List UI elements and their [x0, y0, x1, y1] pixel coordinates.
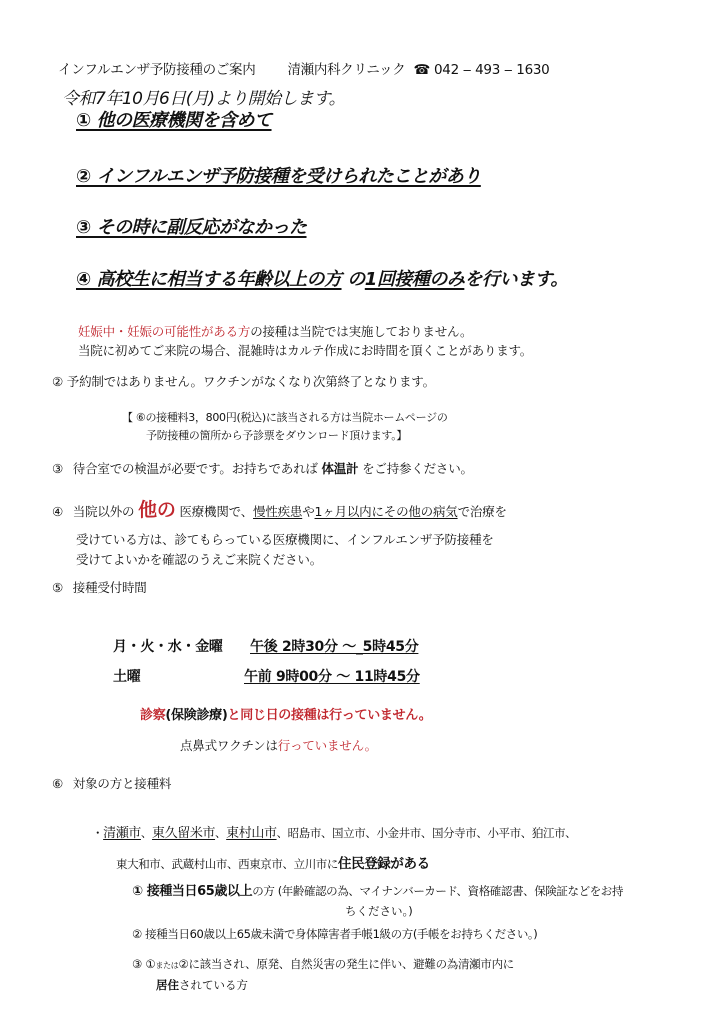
other-emphasis: 他の: [138, 499, 176, 521]
eligibility-3: ③ ①または②に該当され、原発、自然災害の発生に伴い、避難の為清瀬市内に: [132, 956, 514, 972]
eligibility-1-rest: の方 (年齢確認の為、マイナンバーカード、資格確認書、保険証などをお持: [252, 884, 623, 898]
item-6-number: ⑥: [52, 776, 63, 791]
document-header: インフルエンザ予防接種のご案内 清瀬内科クリニック ☎ 042 ‒ 493 ‒ …: [58, 58, 549, 78]
nasal-black: 点鼻式ワクチンは: [180, 738, 278, 753]
phone-icon: ☎: [413, 62, 430, 78]
nasal-red: 行っていません。: [278, 738, 377, 753]
weekday-days: 月・火・水・金曜: [113, 636, 223, 656]
document-title: インフルエンザ予防接種のご案内: [58, 62, 255, 78]
separator: 、: [141, 826, 152, 840]
phone-number: 042 ‒ 493 ‒ 1630: [434, 62, 549, 78]
item-2-reservation: ② 予約制ではありません。ワクチンがなくなり次第終了となります。: [52, 372, 435, 390]
city-higashikurume: 東久留米市: [152, 826, 215, 841]
other-cities: 、昭島市、国立市、小金井市、国分寺市、小平市、狛江市、: [277, 826, 577, 840]
condition-3: ③ その時に副反応がなかった: [76, 213, 307, 239]
resident-registration: 住民登録がある: [338, 856, 430, 872]
separator: 、: [215, 826, 226, 840]
eligible-cities-line2: 東大和市、武蔵村山市、西東京市、立川市に住民登録がある: [116, 852, 430, 872]
condition-4-end: を行います。: [464, 269, 568, 290]
eligibility-2: ② 接種当日60歳以上65歳未満で身体障害者手帳1級の方(手帳をお持ちください。…: [132, 926, 537, 942]
first-visit-notice: 当院に初めてご来院の場合、混雑時はカルテ作成にお時間を頂くことがあります。: [78, 341, 532, 359]
item-6-heading: ⑥ 対象の方と接種料: [52, 774, 171, 792]
item-3-text-after: をご持参ください。: [358, 461, 472, 476]
other-illness: 1ヶ月以内にその他の病気: [315, 504, 458, 519]
condition-4-no: の: [342, 269, 365, 290]
item-3-number: ③: [52, 461, 63, 476]
thermometer-bold: 体温計: [321, 461, 358, 476]
item-4-number: ④: [52, 504, 63, 519]
item-3-thermometer: ③ 待合室での検温が必要です。お持ちであれば 体温計 をご持参ください。: [52, 459, 473, 477]
eligible-cities-line1: ・清瀬市、東久留米市、東村山市、昭島市、国立市、小金井市、国分寺市、小平市、狛江…: [92, 822, 576, 841]
eligibility-3-line2: 居住されている方: [156, 977, 248, 993]
pregnancy-notice: 妊娠中・妊娠の可能性がある方の接種は当院では実施しておりません。: [78, 322, 472, 340]
warning-black: (保険診療): [165, 708, 227, 723]
item-2-bracket-line1: 【 ⑥の接種料3，800円(税込)に該当される方は当院ホームページの: [122, 409, 448, 425]
item-5-heading: ⑤ 接種受付時間: [52, 578, 147, 596]
pregnancy-red-text: 妊娠中・妊娠の可能性がある方: [78, 324, 250, 339]
item-5-number: ⑤: [52, 580, 63, 595]
condition-1: ① 他の医療機関を含めて: [76, 106, 272, 132]
item-4-other-clinic: ④ 当院以外の 他の 医療機関で、慢性疾患や1ヶ月以内にその他の病気で治療を: [52, 495, 507, 522]
condition-4-label: ④ 高校生に相当する年齢以上の方: [76, 269, 342, 290]
item-5-title: 接種受付時間: [73, 580, 147, 595]
item-4-line2: 受けている方は、診てもらっている医療機関に、インフルエンザ予防接種を: [76, 530, 494, 548]
eligibility-3-small: または: [155, 961, 178, 970]
chronic-disease: 慢性疾患: [253, 504, 302, 519]
residence-rest: されている方: [179, 978, 248, 992]
nasal-vaccine-notice: 点鼻式ワクチンは行っていません。: [180, 736, 377, 754]
pregnancy-rest-text: の接種は当院では実施しておりません。: [250, 324, 472, 339]
saturday-days: 土曜: [113, 666, 140, 686]
item-6-title: 対象の方と接種料: [73, 776, 171, 791]
eligibility-1: ① 接種当日65歳以上の方 (年齢確認の為、マイナンバーカード、資格確認書、保険…: [132, 880, 623, 899]
eligibility-3-a: ③ ①: [132, 957, 155, 971]
city-kiyose: 清瀬市: [103, 826, 141, 841]
condition-4-once: 1回接種のみ: [365, 269, 465, 290]
warning-red-1: 診察: [140, 708, 165, 723]
item-4-line3: 受けてよいかを確認のうえご来院ください。: [76, 550, 322, 568]
city-higashimurayama: 東村山市: [226, 826, 276, 841]
saturday-time: 午前 9時00分 ～ 11時45分: [244, 666, 420, 686]
residence-bold: 居住: [156, 978, 179, 992]
eligibility-1-line2: ちください。): [345, 903, 413, 919]
eligibility-1-bold: ① 接種当日65歳以上: [132, 884, 252, 899]
clinic-name: 清瀬内科クリニック: [287, 62, 405, 78]
condition-4: ④ 高校生に相当する年齢以上の方 の1回接種のみを行います。: [76, 265, 568, 291]
warning-red-2: と同じ日の接種は行っていません。: [228, 708, 432, 723]
item-4-text-2: 医療機関で、: [176, 504, 253, 519]
same-day-warning: 診察(保険診療)と同じ日の接種は行っていません。: [140, 704, 431, 723]
item-3-text-before: 待合室での検温が必要です。お持ちであれば: [73, 461, 322, 476]
item-4-text-1: 当院以外の: [73, 504, 138, 519]
item-4-text-3: や: [302, 504, 314, 519]
item-4-text-4: で治療を: [458, 504, 507, 519]
condition-2: ② インフルエンザ予防接種を受けられたことがあり: [76, 162, 481, 188]
item-2-bracket-line2: 予防接種の箇所から予診票をダウンロード頂けます。】: [146, 427, 407, 443]
cities-line2: 東大和市、武蔵村山市、西東京市、立川市に: [116, 857, 338, 871]
weekday-time: 午後 2時30分 ～_5時45分: [250, 636, 418, 656]
eligibility-3-b: ②に該当され、原発、自然災害の発生に伴い、避難の為清瀬市内に: [178, 957, 514, 971]
bullet: ・: [92, 826, 103, 840]
